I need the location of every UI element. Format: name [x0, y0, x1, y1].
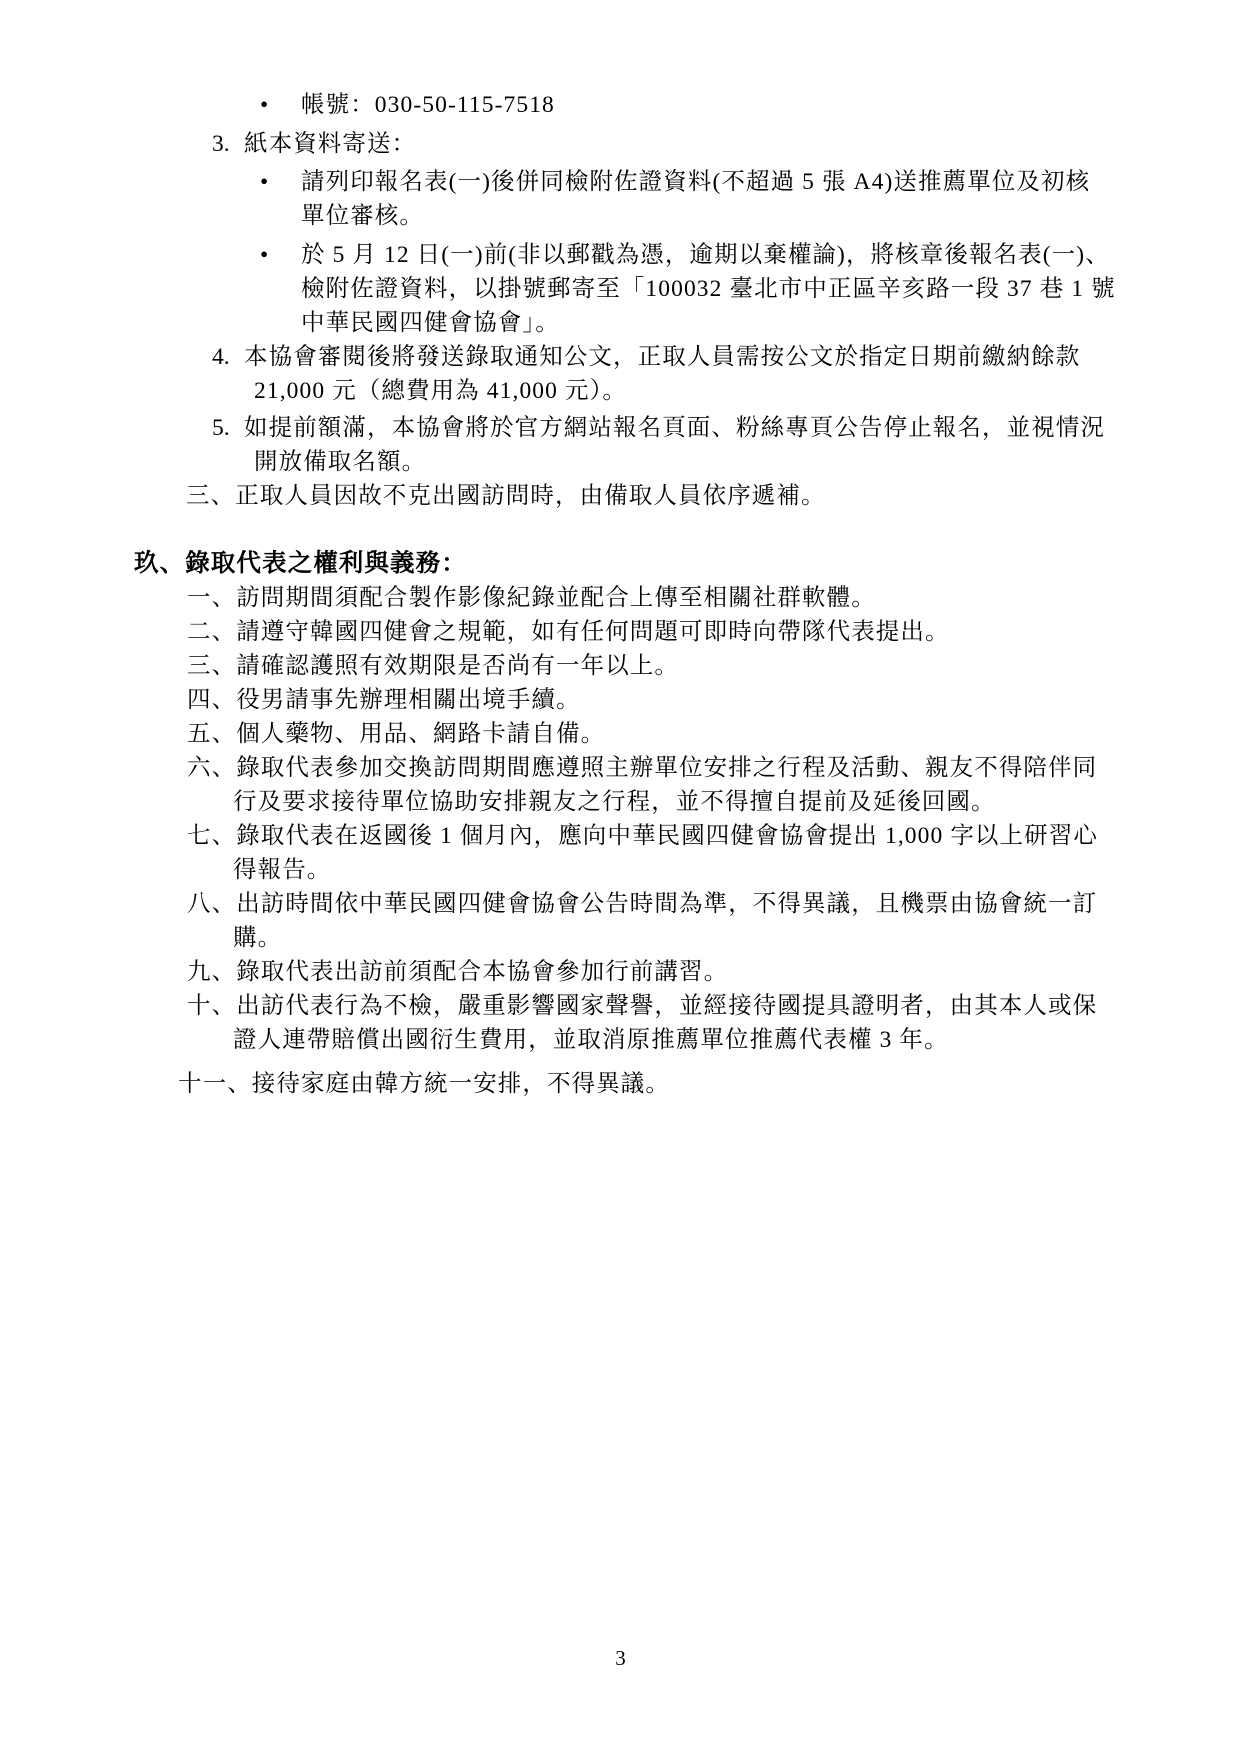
rights-item-5: 五、個人藥物、用品、網路卡請自備。: [187, 717, 1241, 751]
document-page: •帳號：030-50-115-7518 3.紙本資料寄送： •請列印報名表(一)…: [0, 0, 1241, 1755]
bullet-mail-deadline-line-3: 中華民國四健會協會」。: [301, 306, 1241, 340]
item-three-substitute: 三、正取人員因故不克出國訪問時，由備取人員依序遞補。: [186, 479, 1241, 513]
item-5-early-full-line-1: 5.如提前額滿，本協會將於官方網站報名頁面、粉絲專頁公告停止報名，並視情況: [212, 411, 1241, 445]
bullet-mail-deadline-text-1: 於 5 月 12 日(一)前(非以郵戳為憑，逾期以棄權論)，將核章後報名表(一)…: [301, 242, 1110, 268]
bullet-mail-deadline-line-1: •於 5 月 12 日(一)前(非以郵戳為憑，逾期以棄權論)，將核章後報名表(一…: [260, 238, 1241, 272]
rights-item-3: 三、請確認護照有效期限是否尚有一年以上。: [187, 649, 1241, 683]
bullet-print-form-line-1: •請列印報名表(一)後併同檢附佐證資料(不超過 5 張 A4)送推薦單位及初核: [260, 165, 1241, 199]
bullet-print-form-line-2: 單位審核。: [301, 199, 1241, 233]
rights-item-10-line-2: 證人連帶賠償出國衍生費用，並取消原推薦單位推薦代表權 3 年。: [233, 1023, 1241, 1057]
bullet-icon: •: [260, 238, 301, 272]
rights-item-6-line-1: 六、錄取代表參加交換訪問期間應遵照主辦單位安排之行程及活動、親友不得陪伴同: [187, 751, 1241, 785]
bullet-print-form-text-1: 請列印報名表(一)後併同檢附佐證資料(不超過 5 張 A4)送推薦單位及初核: [301, 169, 1090, 195]
rights-item-10-line-1: 十、出訪代表行為不檢，嚴重影響國家聲譽，並經接待國提具證明者，由其本人或保: [187, 989, 1241, 1023]
item-3-text: 紙本資料寄送：: [244, 131, 416, 157]
rights-item-8-line-1: 八、出訪時間依中華民國四健會協會公告時間為準，不得異議，且機票由協會統一訂: [187, 887, 1241, 921]
account-number-text: 帳號：030-50-115-7518: [301, 92, 555, 118]
bullet-icon: •: [260, 165, 301, 199]
item-4-admission-notice-line-1: 4.本協會審閱後將發送錄取通知公文，正取人員需按公文於指定日期前繳納餘款: [212, 340, 1241, 374]
page-number: 3: [0, 1641, 1241, 1675]
item-4-text-1: 本協會審閱後將發送錄取通知公文，正取人員需按公文於指定日期前繳納餘款: [244, 344, 1080, 370]
rights-item-2: 二、請遵守韓國四健會之規範，如有任何問題可即時向帶隊代表提出。: [187, 615, 1241, 649]
rights-item-9: 九、錄取代表出訪前須配合本協會參加行前講習。: [187, 955, 1241, 989]
account-number-item: •帳號：030-50-115-7518: [260, 88, 1241, 122]
bullet-icon: •: [260, 88, 301, 122]
item-3-paper-mailing: 3.紙本資料寄送：: [212, 127, 1241, 161]
rights-item-11: 十一、接待家庭由韓方統一安排，不得異議。: [178, 1067, 1241, 1101]
rights-item-1: 一、訪問期間須配合製作影像紀錄並配合上傳至相關社群軟體。: [187, 581, 1241, 615]
section-nine-heading: 玖、錄取代表之權利與義務：: [134, 547, 1241, 581]
rights-item-8-line-2: 購。: [233, 921, 1241, 955]
document-body: •帳號：030-50-115-7518 3.紙本資料寄送： •請列印報名表(一)…: [0, 88, 1241, 1101]
bullet-mail-deadline-line-2: 檢附佐證資料，以掛號郵寄至「100032 臺北市中正區辛亥路一段 37 巷 1 …: [301, 272, 1241, 306]
rights-item-4: 四、役男請事先辦理相關出境手續。: [187, 683, 1241, 717]
rights-item-7-line-2: 得報告。: [233, 853, 1241, 887]
item-4-number: 4.: [212, 340, 244, 374]
item-3-number: 3.: [212, 127, 244, 161]
item-5-early-full-line-2: 開放備取名額。: [254, 445, 1241, 479]
item-5-text-1: 如提前額滿，本協會將於官方網站報名頁面、粉絲專頁公告停止報名，並視情況: [244, 415, 1105, 441]
rights-item-6-line-2: 行及要求接待單位協助安排親友之行程，並不得擅自提前及延後回國。: [233, 785, 1241, 819]
item-4-admission-notice-line-2: 21,000 元（總費用為 41,000 元）。: [254, 374, 1241, 408]
item-5-number: 5.: [212, 411, 244, 445]
rights-item-7-line-1: 七、錄取代表在返國後 1 個月內，應向中華民國四健會協會提出 1,000 字以上…: [187, 819, 1241, 853]
